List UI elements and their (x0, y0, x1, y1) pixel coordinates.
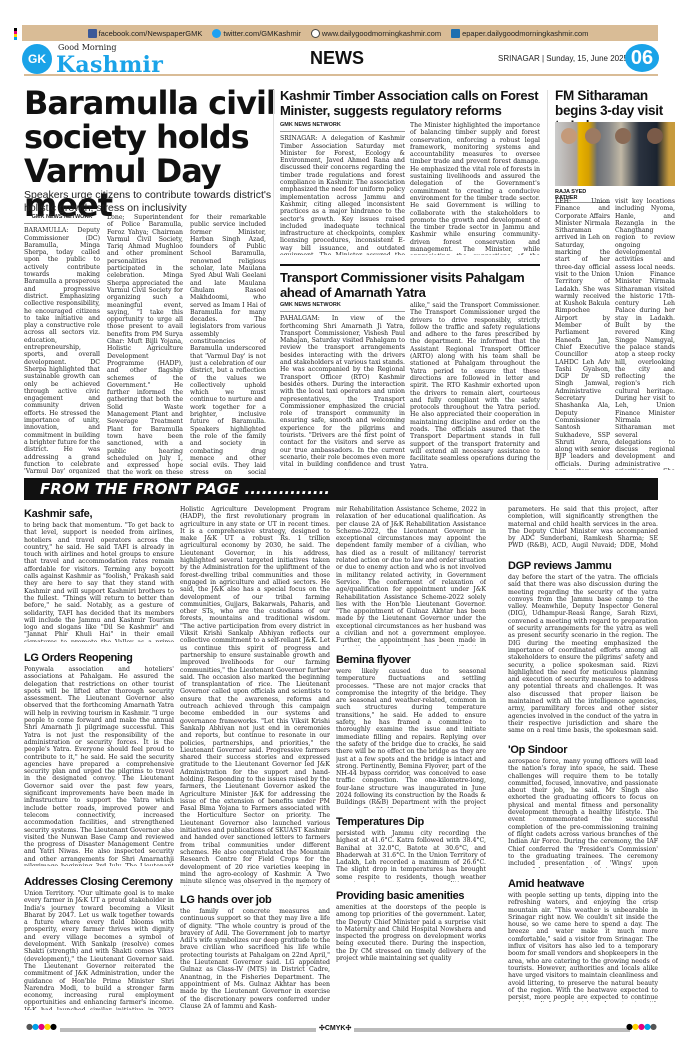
lead-byline: GMK NEWS NETWORK (24, 214, 100, 224)
front-column-3: mir Rehabilitation Assistance Scheme, 20… (336, 506, 486, 1016)
front-column-1: Kashmir safe, to bring back that momentu… (24, 506, 174, 1016)
story-heading[interactable]: LG hands over job (180, 894, 330, 906)
column-divider (547, 90, 548, 470)
timber-byline: GMK NEWS NETWORK (280, 122, 405, 132)
epaper-link[interactable]: epaper.dailygoodmorningkashmir.com (451, 29, 588, 38)
transport-byline: GMK NEWS NETWORK (280, 302, 405, 312)
page-number: 06 (625, 44, 659, 72)
website-link[interactable]: www.dailygoodmorningkashmir.com (311, 29, 441, 38)
dateline: SRINAGAR | Sunday, 15, June 2025 (498, 54, 628, 63)
story-heading[interactable]: Providing basic amenities (336, 890, 486, 902)
fm-photo (555, 122, 675, 186)
color-dots-right: ●●●●● (626, 1022, 656, 1031)
globe-icon (311, 29, 320, 38)
twitter-icon (212, 29, 221, 38)
lead-column-1: GMK NEWS NETWORK BARAMULLA: Deputy Commi… (24, 214, 100, 474)
continued-story: Addresses Closing Ceremony Union Territo… (24, 876, 174, 1010)
cmyk-mark: ✣CMYK✣ (316, 1024, 354, 1032)
fm-column-1: LEH: Union Finance and Corporate Affairs… (555, 198, 610, 470)
story-heading[interactable]: Bemina flyover (336, 654, 486, 666)
masthead-rule (24, 74, 658, 76)
transport-headline: Transport Commissioner visits Pahalgam a… (280, 270, 542, 300)
continued-story: DGP reviews Jammu day before the start o… (508, 560, 658, 734)
masthead-tagline: Good Morning (58, 43, 117, 52)
facebook-icon (88, 29, 97, 38)
continued-story: Bemina flyover were likely caused due to… (336, 654, 486, 808)
continued-story: Providing basic amenities amenities at t… (336, 890, 486, 964)
from-front-page-banner: FROM THE FRONT PAGE ............... (24, 478, 658, 500)
continued-story: 'Op Sindoor aerospace force, many young … (508, 744, 658, 868)
transport-column-1: GMK NEWS NETWORK PAHALGAM: In view of th… (280, 302, 405, 470)
section-rule (280, 264, 540, 266)
column-divider (273, 90, 274, 470)
lead-column-2: Lone; Superintendent of Police Baramulla… (107, 214, 183, 474)
section-title: NEWS (310, 48, 364, 69)
transport-column-2: alike," said the Transport Commissioner.… (410, 302, 540, 470)
story-heading[interactable]: 'Op Sindoor (508, 744, 658, 756)
timber-column-1: GMK NEWS NETWORK SRINAGAR: A delegation … (280, 122, 405, 255)
story-heading[interactable]: LG Orders Reopening (24, 652, 174, 664)
story-heading[interactable]: Amid heatwave (508, 878, 658, 890)
fm-column-2: visit key locations including Nyoma, Han… (615, 198, 675, 470)
story-heading[interactable]: Temperatures Dip (336, 816, 486, 828)
lead-column-3: for their remarkable public service incl… (190, 214, 266, 474)
continued-story: Kashmir safe, to bring back that momentu… (24, 508, 174, 642)
continued-story: Temperatures Dip persisted with Jammu ci… (336, 816, 486, 882)
timber-column-2: The Minister highlighted the importance … (410, 122, 540, 255)
front-column-2: Holistic Agriculture Development Program… (180, 506, 330, 1016)
story-heading[interactable]: Kashmir safe, (24, 508, 174, 520)
continued-story: LG hands over job the family of concrete… (180, 894, 330, 1008)
timber-headline: Kashmir Timber Association calls on Fore… (280, 88, 542, 118)
social-links-bar: facebook.com/NewspaperGMK twitter.com/GM… (22, 25, 658, 41)
story-heading[interactable]: DGP reviews Jammu (508, 560, 658, 572)
front-column-4: parameters. He said that this project, a… (508, 506, 658, 1016)
document-icon (451, 29, 460, 38)
facebook-link[interactable]: facebook.com/NewspaperGMK (88, 29, 203, 38)
continued-story: LG Orders Reopening Ponywala association… (24, 652, 174, 866)
continued-story: Amid heatwave with people setting up ten… (508, 878, 658, 1002)
lead-subhead: Speakers urge citizens to contribute tow… (24, 189, 294, 215)
story-heading[interactable]: Addresses Closing Ceremony (24, 876, 174, 888)
twitter-link[interactable]: twitter.com/GMKashmir (212, 29, 301, 38)
registration-marks (14, 28, 17, 40)
color-dots-left: ●●●●● (26, 1022, 56, 1031)
gk-logo: GK (22, 44, 52, 74)
